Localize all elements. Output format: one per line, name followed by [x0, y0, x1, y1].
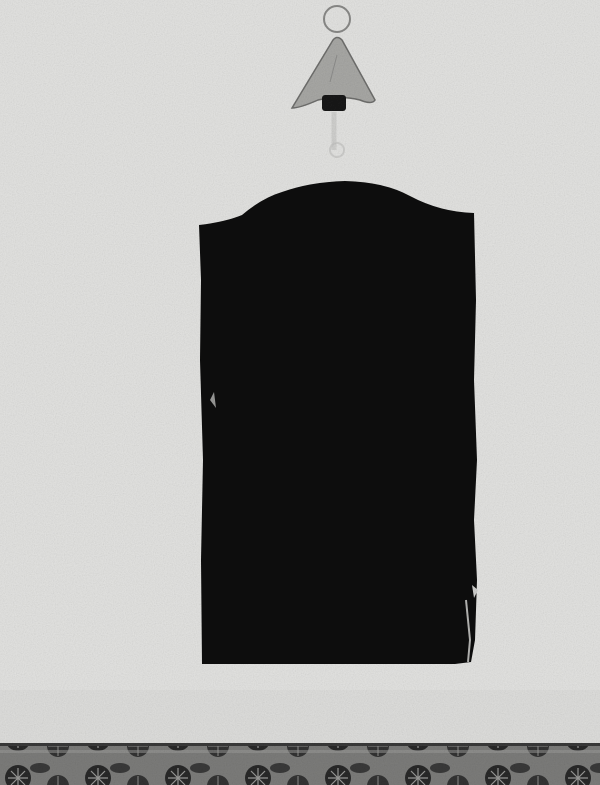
dark-panel — [199, 181, 477, 664]
photograph — [0, 0, 600, 785]
floral-carpet — [0, 743, 600, 785]
